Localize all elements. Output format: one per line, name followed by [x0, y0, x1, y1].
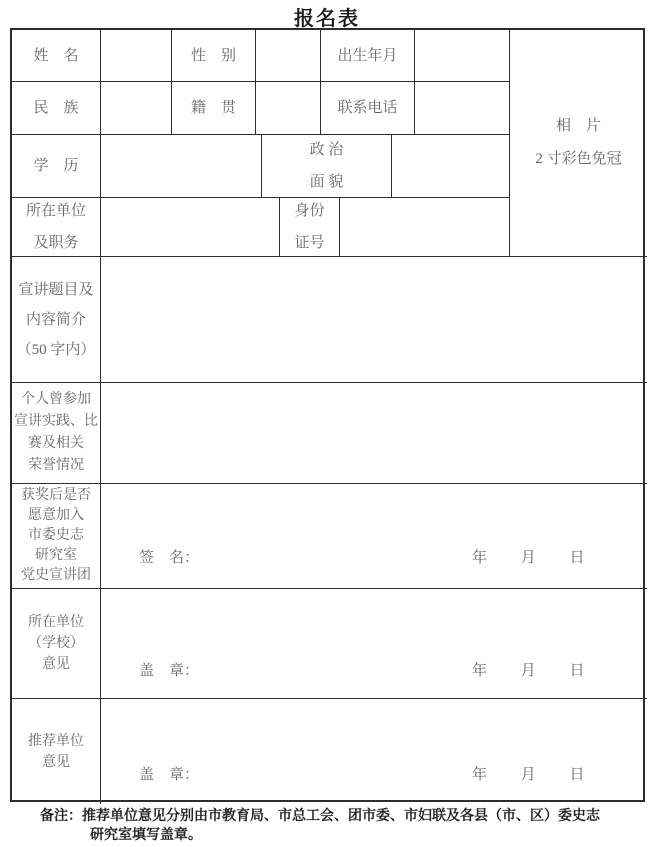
- ethnicity-label-cell: 民 族: [12, 82, 101, 135]
- native-place-label-cell: 籍 贯: [172, 82, 256, 135]
- topic-value-cell: [101, 257, 647, 383]
- id-number-value-cell: [340, 198, 510, 257]
- recommend-seal-cell: 盖 章： 年 月 日: [101, 699, 647, 804]
- birthdate-label-cell: 出生年月: [321, 30, 415, 82]
- phone-value-cell: [415, 82, 510, 135]
- native-place-value-cell: [256, 82, 321, 135]
- id-number-label-cell: 身份 证号: [280, 198, 340, 257]
- signature-date-line: 年 月 日: [472, 548, 585, 568]
- photo-cell: 相 片 2 寸彩色免冠: [510, 30, 647, 257]
- recommend-seal-date-line: 年 月 日: [472, 765, 585, 785]
- signature-label: 签 名：: [139, 548, 199, 568]
- unit-opinion-label-cell: 所在单位 （学校） 意见: [12, 589, 101, 699]
- join-willingness-label-cell: 获奖后是否 愿意加入 市委史志 研究室 党史宣讲团: [12, 484, 101, 589]
- ethnicity-value-cell: [101, 82, 172, 135]
- education-label-cell: 学 历: [12, 135, 101, 198]
- experience-label-cell: 个人曾参加 宣讲实践、比 赛及相关 荣誉情况: [12, 383, 101, 484]
- footer-note-line2: 研究室填写盖章。: [40, 825, 640, 844]
- education-value-cell: [101, 135, 262, 198]
- topic-label-cell: 宣讲题目及 内容简介 （50 字内）: [12, 257, 101, 383]
- name-label-cell: 姓 名: [12, 30, 101, 82]
- political-status-label-cell: 政 治 面 貌: [262, 135, 392, 198]
- gender-value-cell: [256, 30, 321, 82]
- unit-seal-date-line: 年 月 日: [472, 661, 585, 681]
- signature-cell: 签 名： 年 月 日: [101, 484, 647, 589]
- page-title: 报名表: [0, 2, 654, 31]
- work-unit-label-cell: 所在单位 及职务: [12, 198, 101, 257]
- registration-form-page: 报名表 姓 名 性 别 出生年月 相 片 2 寸彩色免冠 民 族 籍 贯 联系电…: [0, 0, 654, 847]
- unit-opinion-seal-cell: 盖 章： 年 月 日: [101, 589, 647, 699]
- experience-value-cell: [101, 383, 647, 484]
- birthdate-value-cell: [415, 30, 510, 82]
- recommend-seal-label: 盖 章：: [139, 765, 199, 785]
- political-status-value-cell: [392, 135, 510, 198]
- phone-label-cell: 联系电话: [321, 82, 415, 135]
- footer-note: 备注：推荐单位意见分别由市教育局、市总工会、团市委、市妇联及各县（市、区）委史志…: [40, 806, 640, 844]
- unit-seal-label: 盖 章：: [139, 661, 199, 681]
- gender-label-cell: 性 别: [172, 30, 256, 82]
- recommend-opinion-label-cell: 推荐单位 意见: [12, 699, 101, 804]
- footer-note-line1: 备注：推荐单位意见分别由市教育局、市总工会、团市委、市妇联及各县（市、区）委史志: [40, 806, 640, 825]
- name-value-cell: [101, 30, 172, 82]
- work-unit-value-cell: [101, 198, 280, 257]
- form-table: 姓 名 性 别 出生年月 相 片 2 寸彩色免冠 民 族 籍 贯 联系电话 学 …: [10, 28, 645, 802]
